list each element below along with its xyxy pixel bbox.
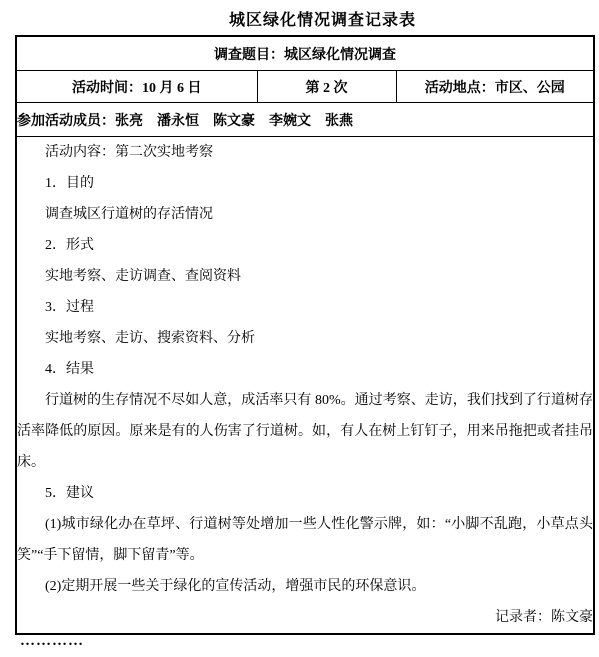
content-line-suggestion-2: (2)定期开展一些关于绿化的宣传活动，增强市民的环保意识。 <box>17 571 593 602</box>
page-title: 城区绿化情况调查记录表 <box>0 7 599 30</box>
content-line-activity: 活动内容：第二次实地考察 <box>17 137 593 168</box>
content-line-purpose-heading: 1．目的 <box>17 168 593 199</box>
content-line-form-body: 实地考察、走访调查、查阅资料 <box>17 261 593 292</box>
activity-time-cell: 活动时间：10 月 6 日 <box>16 71 257 103</box>
survey-title-cell: 调查题目：城区绿化情况调查 <box>16 36 594 71</box>
members-cell: 参加活动成员：张亮 潘永恒 陈文豪 李婉文 张燕 <box>16 103 594 137</box>
content-line-process-heading: 3．过程 <box>17 292 593 323</box>
trailing-dots: ………… <box>20 633 84 650</box>
content-line-result-body: 行道树的生存情况不尽如人意，成活率只有 80%。通过考察、走访，我们找到了行道树… <box>17 385 593 478</box>
content-row: 活动内容：第二次实地考察 1．目的 调查城区行道树的存活情况 2．形式 实地考察… <box>16 137 594 635</box>
content-line-result-heading: 4．结果 <box>17 354 593 385</box>
session-number-cell: 第 2 次 <box>257 71 396 103</box>
content-line-form-heading: 2．形式 <box>17 230 593 261</box>
recorder-signature: 记录者：陈文豪 <box>17 602 593 633</box>
members-row: 参加活动成员：张亮 潘永恒 陈文豪 李婉文 张燕 <box>16 103 594 137</box>
activity-content-cell: 活动内容：第二次实地考察 1．目的 调查城区行道树的存活情况 2．形式 实地考察… <box>16 137 594 635</box>
content-line-process-body: 实地考察、走访、搜索资料、分析 <box>17 323 593 354</box>
activity-location-cell: 活动地点：市区、公园 <box>396 71 594 103</box>
content-line-suggestion-heading: 5．建议 <box>17 478 593 509</box>
record-table: 调查题目：城区绿化情况调查 活动时间：10 月 6 日 第 2 次 活动地点：市… <box>15 35 595 635</box>
content-line-purpose-body: 调查城区行道树的存活情况 <box>17 199 593 230</box>
survey-title-row: 调查题目：城区绿化情况调查 <box>16 36 594 71</box>
meta-row: 活动时间：10 月 6 日 第 2 次 活动地点：市区、公园 <box>16 71 594 103</box>
content-line-suggestion-1: (1)城市绿化办在草坪、行道树等处增加一些人性化警示牌，如：“小脚不乱跑，小草点… <box>17 509 593 571</box>
